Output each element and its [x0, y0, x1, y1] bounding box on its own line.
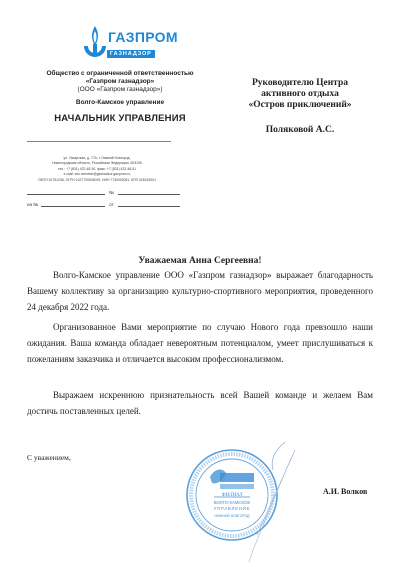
addressee-line: «Остров приключений»	[215, 100, 385, 111]
registration-line: №	[27, 190, 180, 195]
letterhead: ГАЗПРОМ ГАЗНАДЗОР Общество с ограниченно…	[20, 22, 220, 124]
addressee-line: Руководителю Центра	[215, 78, 385, 89]
closing-phrase: С уважением,	[27, 453, 71, 462]
address-line: ОКПО 51751236, ОГРН 1027700506019, ИНН 7…	[22, 178, 172, 183]
ref-date-field	[118, 202, 180, 207]
signer-name: А.И. Волков	[323, 487, 367, 496]
addressee-line: активного отдыха	[215, 89, 385, 100]
logo-brand-text: ГАЗПРОМ	[108, 29, 178, 45]
reg-number-field	[118, 190, 180, 195]
body-paragraph: Организованное Вами мероприятие по случа…	[27, 319, 373, 367]
addressee-name: Поляковой А.С.	[215, 125, 385, 136]
logo-sub-text: ГАЗНАДЗОР	[107, 50, 155, 58]
division-name: Волго-Камское управление	[20, 99, 220, 106]
gazprom-flame-icon	[82, 24, 108, 60]
svg-text:ФИЛИАЛ: ФИЛИАЛ	[222, 493, 244, 498]
letterhead-divider	[27, 141, 171, 142]
handwritten-signature	[245, 440, 300, 565]
reference-line: на № от	[27, 202, 180, 207]
reg-date-field	[27, 190, 105, 195]
ref-number-label: на №	[27, 202, 38, 207]
reg-number-label: №	[109, 190, 114, 195]
company-logo: ГАЗПРОМ ГАЗНАДЗОР	[20, 22, 220, 62]
sender-address: ул. Ошарская, д. 77А, г. Нижний Новгород…	[22, 156, 172, 183]
ref-number-field	[41, 202, 105, 207]
org-name-line-1: Общество с ограниченной ответственностью	[20, 70, 220, 78]
ref-date-label: от	[109, 202, 113, 207]
greeting: Уважаемая Анна Сергеевна!	[0, 256, 400, 266]
body-paragraph: Выражаем искреннюю признательность всей …	[27, 387, 373, 419]
org-name-line-2: «Газпром газнадзор»	[20, 78, 220, 86]
sender-position: НАЧАЛЬНИК УПРАВЛЕНИЯ	[20, 113, 220, 124]
org-name-line-3: (ООО «Газпром газнадзор»)	[20, 86, 220, 94]
body-paragraph: Волго-Камское управление ООО «Газпром га…	[27, 267, 373, 315]
addressee-block: Руководителю Центра активного отдыха «Ос…	[215, 78, 385, 136]
